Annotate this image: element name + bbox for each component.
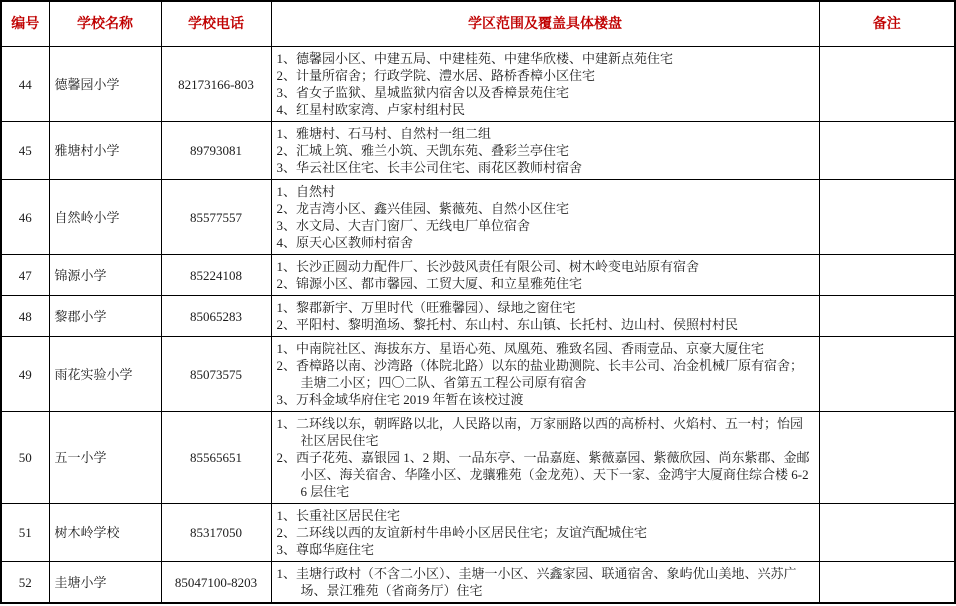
note-cell [819,180,955,255]
school-phone-cell: 85565651 [161,412,271,504]
district-detail-line: 1、德馨园小区、中建五局、中建桂苑、中建华欣楼、中建新点苑住宅 [277,50,814,67]
school-phone-cell: 85577557 [161,180,271,255]
school-phone-cell: 85317050 [161,504,271,562]
table-row: 49雨花实验小学850735751、中南院社区、海拔东方、星语心苑、凤凰苑、雅致… [1,337,955,412]
school-name-cell: 圭塘小学 [49,562,161,604]
district-detail-line: 2、汇城上筑、雅兰小筑、天凯东苑、叠彩兰亭住宅 [277,142,814,159]
table-row: 52圭塘小学85047100-82031、圭塘行政村（不含二小区）、圭塘一小区、… [1,562,955,604]
school-name-cell: 五一小学 [49,412,161,504]
district-details-cell: 1、雅塘村、石马村、自然村一组二组2、汇城上筑、雅兰小筑、天凯东苑、叠彩兰亭住宅… [271,122,819,180]
header-school-name: 学校名称 [49,1,161,47]
school-phone-cell: 89793081 [161,122,271,180]
district-detail-line: 1、长沙正圆动力配件厂、长沙鼓风责任有限公司、树木岭变电站原有宿舍 [277,258,814,275]
row-number-cell: 45 [1,122,49,180]
school-phone-cell: 85073575 [161,337,271,412]
district-detail-line: 3、水文局、大吉门窗厂、无线电厂单位宿舍 [277,217,814,234]
district-detail-line: 2、西子花苑、嘉银园 1、2 期、一品东亭、一品嘉庭、紫薇嘉园、紫薇欣园、尚东紫… [277,449,814,500]
district-detail-line: 3、尊邸华庭住宅 [277,541,814,558]
row-number-cell: 47 [1,255,49,296]
school-phone-cell: 85047100-8203 [161,562,271,604]
row-number-cell: 49 [1,337,49,412]
school-name-cell: 自然岭小学 [49,180,161,255]
district-detail-line: 4、原天心区教师村宿舍 [277,234,814,251]
district-detail-line: 1、二环线以东，朝晖路以北，人民路以南，万家丽路以西的高桥村、火焰村、五一村；怡… [277,415,814,449]
table-row: 48黎郡小学850652831、黎郡新宇、万里时代（旺雅馨园）、绿地之窗住宅2、… [1,296,955,337]
table-body: 44德馨园小学82173166-8031、德馨园小区、中建五局、中建桂苑、中建华… [1,47,955,604]
header-district-details: 学区范围及覆盖具体楼盘 [271,1,819,47]
district-details-cell: 1、黎郡新宇、万里时代（旺雅馨园）、绿地之窗住宅2、平阳村、黎明渔场、黎托村、东… [271,296,819,337]
district-detail-line: 1、自然村 [277,183,814,200]
header-note: 备注 [819,1,955,47]
district-detail-line: 1、雅塘村、石马村、自然村一组二组 [277,125,814,142]
district-detail-line: 1、长重社区居民住宅 [277,507,814,524]
district-detail-line: 2、龙吉湾小区、鑫兴佳园、紫薇苑、自然小区住宅 [277,200,814,217]
district-detail-line: 3、华云社区住宅、长丰公司住宅、雨花区教师村宿舍 [277,159,814,176]
note-cell [819,47,955,122]
school-name-cell: 德馨园小学 [49,47,161,122]
school-name-cell: 树木岭学校 [49,504,161,562]
table-row: 51树木岭学校853170501、长重社区居民住宅2、二环线以西的友谊新村牛串岭… [1,504,955,562]
header-school-phone: 学校电话 [161,1,271,47]
district-details-cell: 1、德馨园小区、中建五局、中建桂苑、中建华欣楼、中建新点苑住宅2、计量所宿舍；行… [271,47,819,122]
note-cell [819,412,955,504]
school-name-cell: 雅塘村小学 [49,122,161,180]
table-row: 47锦源小学852241081、长沙正圆动力配件厂、长沙鼓风责任有限公司、树木岭… [1,255,955,296]
district-detail-line: 3、万科金域华府住宅 2019 年暂在该校过渡 [277,391,814,408]
row-number-cell: 46 [1,180,49,255]
district-details-cell: 1、中南院社区、海拔东方、星语心苑、凤凰苑、雅致名园、香雨壹品、京豪大厦住宅2、… [271,337,819,412]
district-detail-line: 2、锦源小区、都市馨园、工贸大厦、和立星雅苑住宅 [277,275,814,292]
table-row: 44德馨园小学82173166-8031、德馨园小区、中建五局、中建桂苑、中建华… [1,47,955,122]
school-name-cell: 黎郡小学 [49,296,161,337]
table-row: 50五一小学855656511、二环线以东，朝晖路以北，人民路以南，万家丽路以西… [1,412,955,504]
district-details-cell: 1、二环线以东，朝晖路以北，人民路以南，万家丽路以西的高桥村、火焰村、五一村；怡… [271,412,819,504]
district-detail-line: 2、计量所宿舍；行政学院、澧水居、路桥香樟小区住宅 [277,67,814,84]
header-id: 编号 [1,1,49,47]
school-phone-cell: 85224108 [161,255,271,296]
school-phone-cell: 82173166-803 [161,47,271,122]
district-details-cell: 1、自然村2、龙吉湾小区、鑫兴佳园、紫薇苑、自然小区住宅3、水文局、大吉门窗厂、… [271,180,819,255]
district-details-cell: 1、长重社区居民住宅2、二环线以西的友谊新村牛串岭小区居民住宅；友谊汽配城住宅3… [271,504,819,562]
note-cell [819,296,955,337]
district-details-cell: 1、长沙正圆动力配件厂、长沙鼓风责任有限公司、树木岭变电站原有宿舍2、锦源小区、… [271,255,819,296]
note-cell [819,122,955,180]
row-number-cell: 50 [1,412,49,504]
table-row: 45雅塘村小学897930811、雅塘村、石马村、自然村一组二组2、汇城上筑、雅… [1,122,955,180]
row-number-cell: 48 [1,296,49,337]
school-name-cell: 锦源小学 [49,255,161,296]
row-number-cell: 51 [1,504,49,562]
note-cell [819,562,955,604]
table-header-row: 编号 学校名称 学校电话 学区范围及覆盖具体楼盘 备注 [1,1,955,47]
district-detail-line: 4、红星村欧家湾、卢家村组村民 [277,101,814,118]
district-detail-line: 2、香樟路以南、沙湾路（体院北路）以东的盐业勘测院、长丰公司、冶金机械厂原有宿舍… [277,357,814,391]
school-district-table: 编号 学校名称 学校电话 学区范围及覆盖具体楼盘 备注 44德馨园小学82173… [0,0,956,604]
district-details-cell: 1、圭塘行政村（不含二小区）、圭塘一小区、兴鑫家园、联通宿舍、象屿优山美地、兴苏… [271,562,819,604]
note-cell [819,504,955,562]
district-detail-line: 3、省女子监狱、星城监狱内宿舍以及香樟景苑住宅 [277,84,814,101]
note-cell [819,255,955,296]
district-detail-line: 2、二环线以西的友谊新村牛串岭小区居民住宅；友谊汽配城住宅 [277,524,814,541]
district-detail-line: 1、中南院社区、海拔东方、星语心苑、凤凰苑、雅致名园、香雨壹品、京豪大厦住宅 [277,340,814,357]
note-cell [819,337,955,412]
school-name-cell: 雨花实验小学 [49,337,161,412]
table-row: 46自然岭小学855775571、自然村2、龙吉湾小区、鑫兴佳园、紫薇苑、自然小… [1,180,955,255]
district-detail-line: 1、黎郡新宇、万里时代（旺雅馨园）、绿地之窗住宅 [277,299,814,316]
district-detail-line: 1、圭塘行政村（不含二小区）、圭塘一小区、兴鑫家园、联通宿舍、象屿优山美地、兴苏… [277,565,814,599]
school-phone-cell: 85065283 [161,296,271,337]
row-number-cell: 52 [1,562,49,604]
district-detail-line: 2、平阳村、黎明渔场、黎托村、东山村、东山镇、长托村、边山村、侯照村村民 [277,316,814,333]
row-number-cell: 44 [1,47,49,122]
